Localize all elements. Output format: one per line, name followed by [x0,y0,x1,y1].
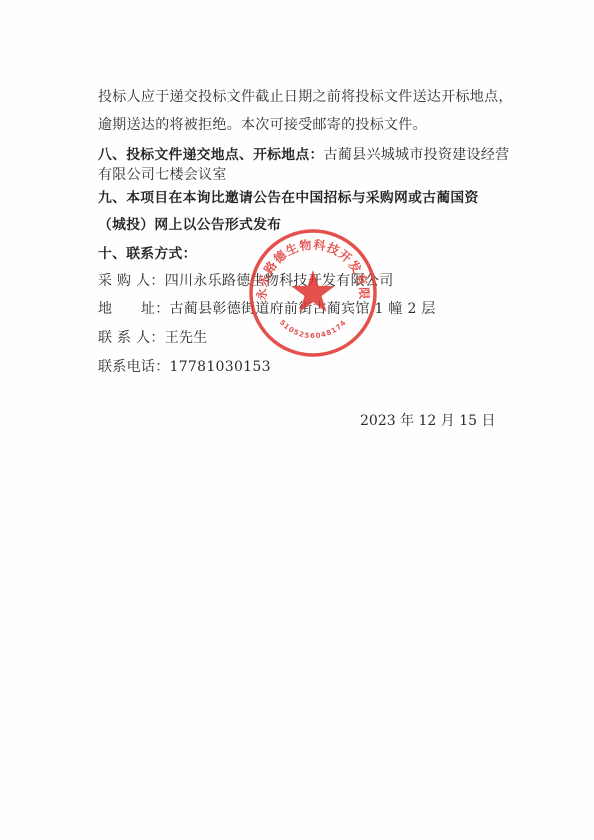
document-date: 2023 年 12 月 15 日 [360,412,496,430]
contact-row-person: 联 系 人：王先生 [98,329,208,347]
section-8-continued: 有限公司七楼会议室 [98,166,227,184]
contact-value: 王先生 [165,330,208,346]
contact-row-purchaser: 采 购 人：四川永乐路德生物科技开发有限公司 [98,272,394,290]
contact-label: 地 址： [98,300,170,318]
section-8-text: 古蔺县兴城城市投资建设经营 [324,147,510,163]
contact-row-address: 地 址：古蔺县彰德街道府前街古蔺宾馆 1 幢 2 层 [98,300,436,318]
document-page: 投标人应于递交投标文件截止日期之前将投标文件送达开标地点， 逾期送达的将被拒绝。… [0,0,594,840]
contact-row-phone: 联系电话：17781030153 [98,358,271,376]
section-10-heading: 十、联系方式： [98,245,197,263]
paragraph-line: 投标人应于递交投标文件截止日期之前将投标文件送达开标地点， [98,88,513,106]
contact-value: 四川永乐路德生物科技开发有限公司 [165,273,394,289]
svg-text:5105256048174: 5105256048174 [278,318,348,340]
section-8: 八、投标文件递交地点、开标地点：古蔺县兴城城市投资建设经营 [98,146,509,164]
section-9-heading: 九、本项目在本询比邀请公告在中国招标与采购网或古蔺国资 [98,189,479,207]
paragraph-line: 逾期送达的将被拒绝。本次可接受邮寄的投标文件。 [98,116,427,134]
section-9-continued: （城投）网上以公告形式发布 [98,216,281,234]
company-seal-icon: 四川永乐路德生物科技开发有限公司 5105256048174 [246,226,380,360]
contact-label: 采 购 人： [98,272,165,290]
contact-value: 17781030153 [170,359,271,375]
contact-label: 联系电话： [98,358,170,376]
contact-label: 联 系 人： [98,329,165,347]
contact-value: 古蔺县彰德街道府前街古蔺宾馆 1 幢 2 层 [170,301,436,317]
section-8-heading: 八、投标文件递交地点、开标地点： [98,147,324,163]
